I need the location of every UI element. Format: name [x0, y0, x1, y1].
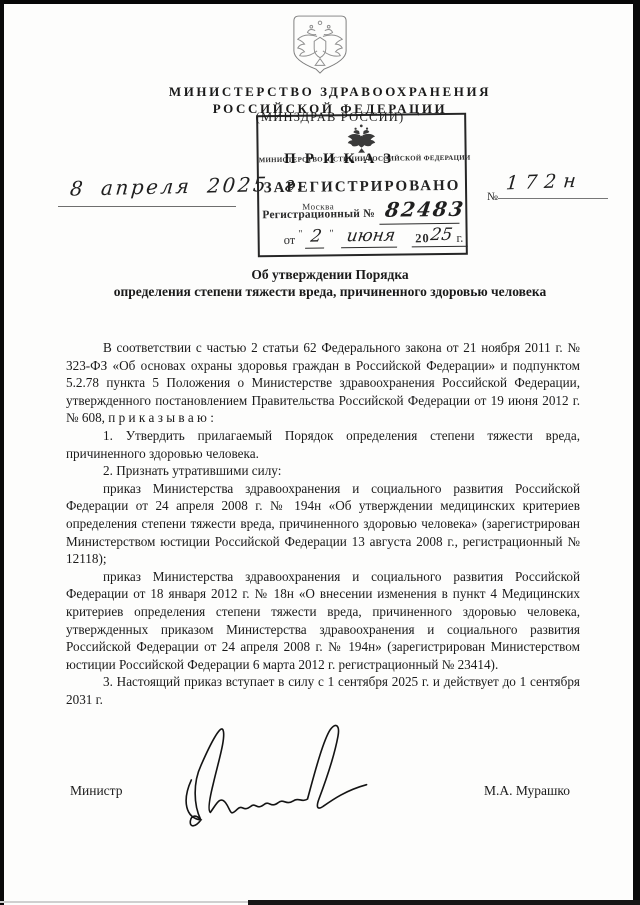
order-number-handwritten: 172н	[505, 170, 584, 195]
stamp-year-handwritten: 25	[429, 225, 454, 245]
stamp-year-suffix: г.	[453, 231, 463, 245]
signature-autograph	[178, 718, 378, 840]
stamp-registration-number-handwritten: 82483	[384, 197, 467, 222]
stamp-date-month-handwritten: июня	[341, 226, 401, 249]
signer-name: М.А. Мурашко	[484, 783, 570, 799]
order-date-underline	[58, 206, 236, 207]
document-type-label: ПРИКАЗ	[22, 151, 640, 168]
stamp-quote-open: "	[298, 229, 302, 240]
body-paragraph: В соответствии с частью 2 статьи 62 Феде…	[66, 339, 580, 427]
document-page: МИНИСТЕРСТВО ЗДРАВООХРАНЕНИЯ РОССИЙСКОЙ …	[0, 0, 640, 905]
stamp-date-year: 2025 г.	[411, 231, 467, 248]
stamp-date-day-handwritten: 2	[305, 226, 327, 248]
body-paragraph: приказ Министерства здравоохранения и со…	[66, 568, 580, 674]
scan-border-top	[0, 0, 640, 4]
document-title-line2: определения степени тяжести вреда, причи…	[10, 284, 640, 300]
ministry-short-name: (МИНЗДРАВ РОССИИ)	[10, 110, 640, 125]
document-title-line1: Об утверждении Порядка	[10, 266, 640, 284]
stamp-registration-number-label: Регистрационный №	[262, 208, 375, 221]
stamp-registered-label: ЗАРЕГИСТРИРОВАНО	[259, 178, 465, 198]
ministry-name-line1: МИНИСТЕРСТВО ЗДРАВООХРАНЕНИЯ	[10, 84, 640, 100]
stamp-quote-close: "	[329, 228, 333, 239]
scan-border-bottom	[248, 900, 640, 905]
body-paragraph: 3. Настоящий приказ вступает в силу с 1 …	[66, 673, 580, 708]
order-number-underline	[498, 198, 608, 199]
russia-coat-of-arms-icon	[291, 14, 349, 80]
number-sign: №	[487, 191, 498, 203]
scan-border-right	[633, 0, 640, 905]
stamp-date-from: от	[284, 233, 296, 247]
document-body: В соответствии с частью 2 статьи 62 Феде…	[66, 339, 580, 708]
body-paragraph: приказ Министерства здравоохранения и со…	[66, 480, 580, 568]
justice-ministry-registration-stamp: МИНИСТЕРСТВО ЮСТИЦИИ РОССИЙСКОЙ ФЕДЕРАЦИ…	[256, 113, 468, 258]
signer-position: Министр	[70, 783, 122, 799]
scan-border-bottom-light	[0, 901, 248, 903]
scan-border-left	[0, 0, 4, 905]
body-paragraph: 2. Признать утратившими силу:	[66, 462, 580, 480]
body-paragraph: 1. Утвердить прилагаемый Порядок определ…	[66, 427, 580, 462]
stamp-registration-date: от " 2 " июня 2025 г.	[284, 227, 460, 251]
stamp-year-printed: 20	[415, 231, 430, 245]
